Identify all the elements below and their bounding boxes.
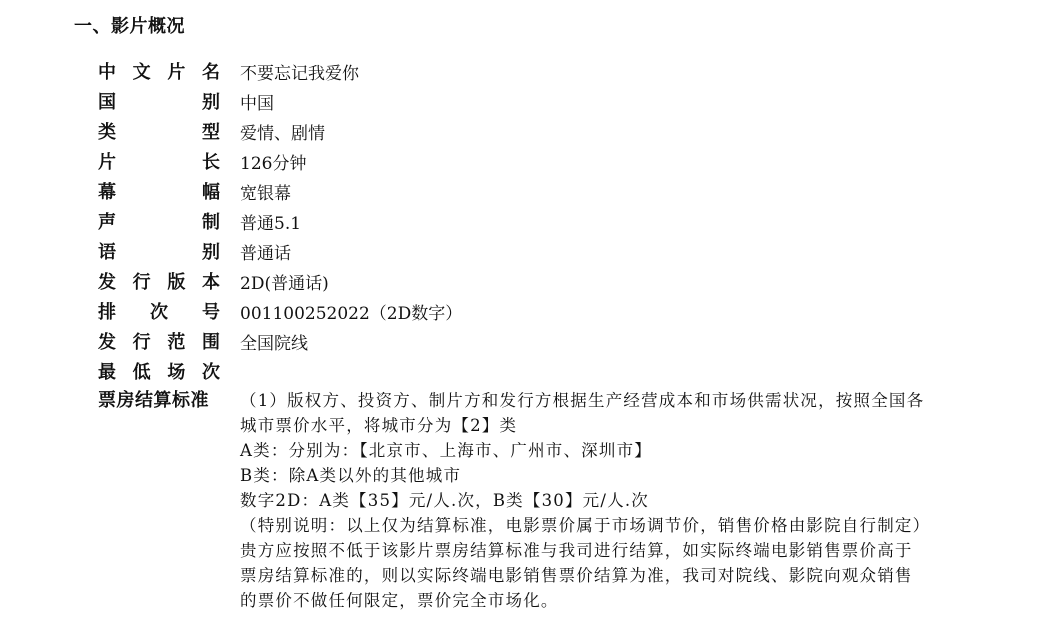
settlement-line: 数字2D：A类【35】元/人.次，B类【30】元/人.次 <box>240 488 985 513</box>
info-row-country: 国 别 中国 <box>98 86 462 116</box>
film-info-table: 中 文 片 名 不要忘记我爱你 国 别 中国 类 型 爱情、剧情 片 长 126… <box>98 56 462 386</box>
label-char: 次 <box>150 298 168 324</box>
label-char: 低 <box>133 358 151 384</box>
info-row-chinese-title: 中 文 片 名 不要忘记我爱你 <box>98 56 462 86</box>
value-chinese-title: 不要忘记我爱你 <box>240 59 359 84</box>
label-char: 别 <box>202 88 220 114</box>
info-row-schedule-number: 排 次 号 001100252022（2D数字） <box>98 296 462 326</box>
value-genre: 爱情、剧情 <box>240 119 325 144</box>
section-title: 一、影片概况 <box>74 12 185 38</box>
info-row-screen-format: 幕 幅 宽银幕 <box>98 176 462 206</box>
label-sound: 声 制 <box>98 208 220 234</box>
value-country: 中国 <box>240 89 274 114</box>
label-char: 片 <box>98 148 116 174</box>
label-char: 范 <box>167 328 185 354</box>
info-row-release-version: 发 行 版 本 2D(普通话) <box>98 266 462 296</box>
settlement-line: （特别说明：以上仅为结算标准，电影票价属于市场调节价，销售价格由影院自行制定） <box>240 513 985 538</box>
label-char: 最 <box>98 358 116 384</box>
label-char: 声 <box>98 208 116 234</box>
info-row-box-office-settlement: 票房结算标准 （1）版权方、投资方、制片方和发行方根据生产经营成本和市场供需状况… <box>98 388 985 613</box>
settlement-line: 票房结算标准的，则以实际终端电影销售票价结算为准，我司对院线、影院向观众销售 <box>240 563 985 588</box>
value-screen-format: 宽银幕 <box>240 179 291 204</box>
label-char: 场 <box>167 358 185 384</box>
label-char: 片 <box>167 58 185 84</box>
info-row-minimum-screenings: 最 低 场 次 <box>98 356 462 386</box>
info-row-runtime: 片 长 126分钟 <box>98 146 462 176</box>
label-char: 次 <box>202 358 220 384</box>
label-char: 围 <box>202 328 220 354</box>
value-language: 普通话 <box>240 239 291 264</box>
label-runtime: 片 长 <box>98 148 220 174</box>
settlement-line: 城市票价水平，将城市分为【2】类 <box>240 413 985 438</box>
label-char: 发 <box>98 328 116 354</box>
label-char: 本 <box>202 268 220 294</box>
settlement-line: （1）版权方、投资方、制片方和发行方根据生产经营成本和市场供需状况，按照全国各 <box>240 388 985 413</box>
label-minimum-screenings: 最 低 场 次 <box>98 358 220 384</box>
info-row-genre: 类 型 爱情、剧情 <box>98 116 462 146</box>
label-genre: 类 型 <box>98 118 220 144</box>
label-char: 长 <box>202 148 220 174</box>
label-country: 国 别 <box>98 88 220 114</box>
settlement-line: 贵方应按照不低于该影片票房结算标准与我司进行结算，如实际终端电影销售票价高于 <box>240 538 985 563</box>
label-char: 类 <box>98 118 116 144</box>
label-char: 文 <box>133 58 151 84</box>
value-schedule-number: 001100252022（2D数字） <box>240 299 462 324</box>
info-row-release-scope: 发 行 范 围 全国院线 <box>98 326 462 356</box>
label-char: 名 <box>202 58 220 84</box>
label-schedule-number: 排 次 号 <box>98 298 220 324</box>
label-char: 型 <box>202 118 220 144</box>
info-row-language: 语 别 普通话 <box>98 236 462 266</box>
label-char: 语 <box>98 238 116 264</box>
label-release-scope: 发 行 范 围 <box>98 328 220 354</box>
value-sound: 普通5.1 <box>240 209 301 234</box>
label-char: 国 <box>98 88 116 114</box>
label-chinese-title: 中 文 片 名 <box>98 58 220 84</box>
settlement-line: B类：除A类以外的其他城市 <box>240 463 985 488</box>
label-char: 发 <box>98 268 116 294</box>
label-char: 中 <box>98 58 116 84</box>
label-char: 幅 <box>202 178 220 204</box>
label-char: 号 <box>202 298 220 324</box>
label-char: 行 <box>133 328 151 354</box>
label-char: 制 <box>202 208 220 234</box>
label-char: 版 <box>167 268 185 294</box>
info-row-sound: 声 制 普通5.1 <box>98 206 462 236</box>
settlement-line: 的票价不做任何限定，票价完全市场化。 <box>240 588 985 613</box>
value-runtime: 126分钟 <box>240 149 306 174</box>
label-char: 幕 <box>98 178 116 204</box>
value-release-scope: 全国院线 <box>240 329 308 354</box>
label-char: 行 <box>133 268 151 294</box>
settlement-text: （1）版权方、投资方、制片方和发行方根据生产经营成本和市场供需状况，按照全国各 … <box>240 388 985 613</box>
label-release-version: 发 行 版 本 <box>98 268 220 294</box>
label-language: 语 别 <box>98 238 220 264</box>
label-char: 排 <box>98 298 116 324</box>
settlement-line: A类：分别为：【北京市、上海市、广州市、深圳市】 <box>240 438 985 463</box>
value-release-version: 2D(普通话) <box>240 269 329 294</box>
label-screen-format: 幕 幅 <box>98 178 220 204</box>
label-char: 别 <box>202 238 220 264</box>
label-box-office-settlement: 票房结算标准 <box>98 388 220 613</box>
